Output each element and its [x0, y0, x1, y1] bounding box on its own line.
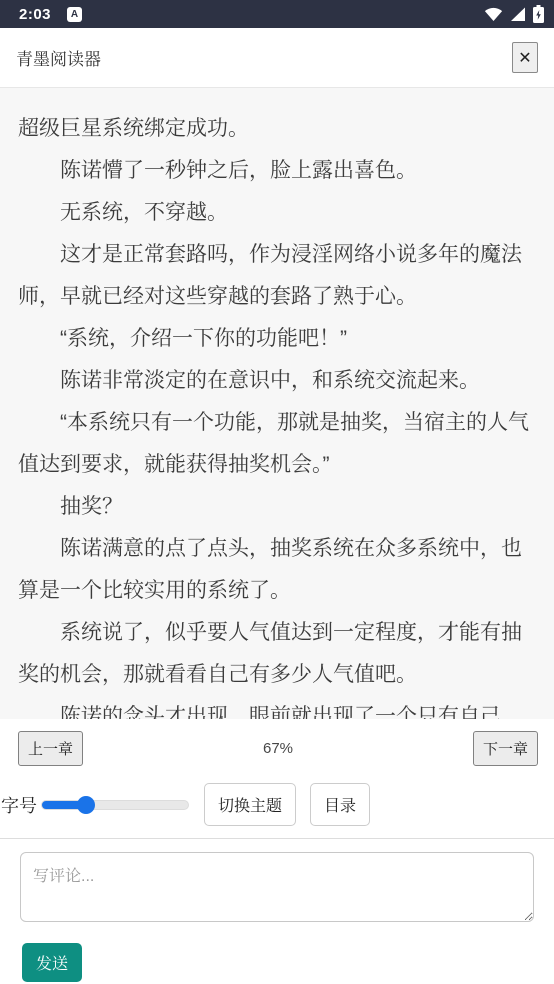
app-title: 青墨阅读器 — [16, 45, 101, 70]
notification-app-icon: A — [67, 7, 82, 22]
paragraph: 陈诺非常淡定的在意识中，和系统交流起来。 — [18, 360, 536, 402]
status-icons — [484, 5, 544, 23]
status-bar: 2:03 A — [0, 0, 554, 28]
switch-theme-button[interactable]: 切换主题 — [204, 783, 296, 826]
paragraph: 陈诺的念头才出现，眼前就出现了一个只有自己 — [18, 696, 536, 719]
clock: 2:03 — [19, 6, 51, 23]
next-chapter-button[interactable]: 下一章 — [473, 731, 538, 766]
paragraph: 系统说了，似乎要人气值达到一定程度，才能有抽奖的机会，那就看看自己有多少人气值吧… — [18, 612, 536, 696]
font-size-label: 字号 — [1, 792, 37, 818]
comment-input[interactable] — [20, 852, 534, 922]
reading-progress: 67% — [83, 740, 473, 757]
paragraph: 抽奖？ — [18, 486, 536, 528]
toc-button[interactable]: 目录 — [310, 783, 370, 826]
reader-toolbar: 字号 切换主题 目录 — [0, 775, 554, 838]
send-comment-button[interactable]: 发送 — [22, 943, 82, 982]
battery-charging-icon — [533, 5, 544, 23]
paragraph: 陈诺懵了一秒钟之后，脸上露出喜色。 — [18, 150, 536, 192]
paragraph: 陈诺满意的点了点头，抽奖系统在众多系统中，也算是一个比较实用的系统了。 — [18, 528, 536, 612]
wifi-icon — [484, 7, 503, 22]
app-header: 青墨阅读器 ✕ — [0, 28, 554, 88]
paragraph: 超级巨星系统绑定成功。 — [18, 108, 536, 150]
chapter-nav: 上一章 67% 下一章 — [0, 719, 554, 775]
comment-section: 发送 — [0, 839, 554, 982]
prev-chapter-button[interactable]: 上一章 — [18, 731, 83, 766]
paragraph: 这才是正常套路吗，作为浸淫网络小说多年的魔法师，早就已经对这些穿越的套路了熟于心… — [18, 234, 536, 318]
font-size-slider[interactable] — [41, 800, 189, 810]
paragraph: “本系统只有一个功能，那就是抽奖，当宿主的人气值达到要求，就能获得抽奖机会。” — [18, 402, 536, 486]
reader-controls: 上一章 67% 下一章 字号 切换主题 目录 发送 — [0, 719, 554, 982]
close-button[interactable]: ✕ — [512, 42, 538, 73]
cellular-signal-icon — [510, 7, 526, 22]
paragraph: 无系统，不穿越。 — [18, 192, 536, 234]
close-icon: ✕ — [518, 50, 531, 66]
reader-content[interactable]: 超级巨星系统绑定成功。陈诺懵了一秒钟之后，脸上露出喜色。无系统，不穿越。这才是正… — [0, 88, 554, 719]
paragraph: “系统，介绍一下你的功能吧！” — [18, 318, 536, 360]
